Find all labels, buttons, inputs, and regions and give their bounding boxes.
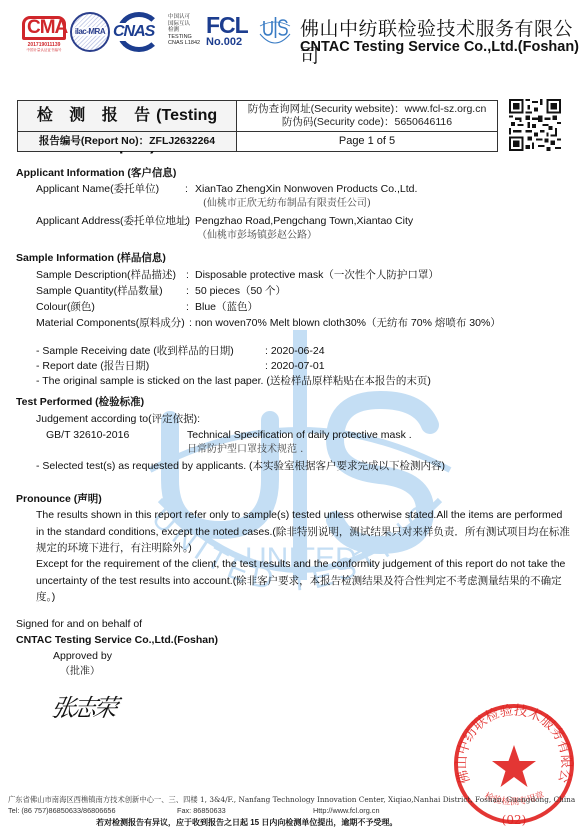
report-date-value: : 2020-07-01 xyxy=(265,359,325,373)
footer-website[interactable]: Http://www.fcl.org.cn xyxy=(313,806,380,815)
sample-row: Material Components(原料成分):non woven70% M… xyxy=(36,316,501,332)
sample-row-label: Colour(颜色) xyxy=(36,300,186,314)
accr-line: TESTING xyxy=(168,34,200,41)
signing-company: CNTAC Testing Service Co.,Ltd.(Foshan) xyxy=(16,633,218,647)
cnas-label: CNAS xyxy=(113,23,154,41)
cma-mark: CMA xyxy=(22,16,66,40)
sample-row-label: Material Components(原料成分) xyxy=(36,316,189,330)
applicant-name-value: XianTao ZhengXin Nonwoven Products Co.,L… xyxy=(195,182,417,196)
footer-notice: 若对检测报告有异议，应于收到报告之日起 15 日内向检测单位提出，逾期不予受理。 xyxy=(96,817,397,828)
pronounce-heading: Pronounce (声明) xyxy=(16,491,102,506)
accr-line: 检测 xyxy=(168,27,200,34)
standard-name-cn: 日常防护型口罩技术规范 . xyxy=(187,443,303,457)
sample-row-value: non woven70% Melt blown cloth30%（无纺布 70%… xyxy=(195,317,501,329)
security-info: 防伪查询网址(Security website)：www.fcl-sz.org.… xyxy=(237,101,497,132)
pronounce-paragraph-1: The results shown in this report refer o… xyxy=(36,507,570,557)
applicant-address-value-cn: （仙桃市彭场镇彭赵公路） xyxy=(197,229,317,243)
cnas-logo: CNAS xyxy=(113,12,165,52)
accreditation-text: 中国认可 国际互认 检测 TESTING CNAS L1842 xyxy=(168,14,200,47)
fcl-mark: FCL xyxy=(206,14,248,36)
ilac-mra-logo: ilac-MRA xyxy=(70,12,110,52)
approved-by-label: Approved by xyxy=(53,649,112,663)
sample-row-value: Blue（蓝色） xyxy=(195,301,258,313)
signature: 张志荣 xyxy=(49,688,118,723)
applicant-heading: Applicant Information (客户信息) xyxy=(16,165,176,180)
pronounce-paragraph-2: Except for the requirement of the client… xyxy=(36,556,570,606)
colon: : xyxy=(185,214,188,228)
colon: : xyxy=(185,182,188,196)
applicant-name-value-cn: (仙桃市正欣无纺布制品有限责任公司) xyxy=(203,197,371,211)
footer-tel: Tel: (86 757)86850633/86806656 xyxy=(8,806,116,815)
standard-name: Technical Specification of daily protect… xyxy=(187,428,412,442)
report-header-box: 检 测 报 告(Testing Report) 防伪查询网址(Security … xyxy=(17,100,498,152)
test-heading: Test Performed (检验标准) xyxy=(16,394,144,409)
sample-row-value: Disposable protective mask（一次性个人防护口罩） xyxy=(195,269,439,281)
footer-address: 广东省佛山市南海区西樵镇南方技术创新中心一、三、四楼 1, 3&4/F., Na… xyxy=(8,795,575,805)
applicant-address-value: Pengzhao Road,Pengchang Town,Xiantao Cit… xyxy=(195,214,413,228)
official-seal: 佛山中纺联检验技术服务有限公司 检验检测专用章 (02) xyxy=(450,700,578,828)
fcl-logo: FCL No.002 xyxy=(206,14,248,48)
report-title-cn: 检 测 报 告 xyxy=(37,107,156,124)
accr-line: 中国认可 xyxy=(168,14,200,21)
standard-code: GB/T 32610-2016 xyxy=(46,428,129,442)
security-code: 防伪码(Security code)：5650646116 xyxy=(237,116,497,129)
sample-row: Sample Quantity(样品数量):50 pieces（50 个） xyxy=(36,284,501,300)
report-number: 报告编号(Report No)：ZFLJ2632264 xyxy=(18,132,237,151)
cma-sub: 中国计量认证证书编号 xyxy=(22,48,66,53)
sample-row-label: Sample Quantity(样品数量) xyxy=(36,284,186,298)
report-title: 检 测 报 告(Testing Report) xyxy=(18,101,237,132)
svg-text:(02): (02) xyxy=(502,813,527,827)
cma-logo: CMA 201719011139 中国计量认证证书编号 xyxy=(22,16,66,53)
report-date-label: - Report date (报告日期) xyxy=(36,359,149,373)
fcl-number: No.002 xyxy=(206,36,248,48)
applicant-address-label: Applicant Address(委托单位地址) xyxy=(36,214,190,228)
qr-code-icon[interactable] xyxy=(509,99,561,151)
judgement-label: Judgement according to(评定依据): xyxy=(36,412,200,426)
receiving-date-label: - Sample Receiving date (收到样品的日期) xyxy=(36,344,234,358)
sample-row-label: Sample Description(样品描述) xyxy=(36,268,186,282)
company-name-en: CNTAC Testing Service Co.,Ltd.(Foshan) xyxy=(300,39,579,55)
footer-fax: Fax: 86850633 xyxy=(177,806,226,815)
original-sample-note: - The original sample is sticked on the … xyxy=(36,374,431,388)
applicant-name-label: Applicant Name(委托单位) xyxy=(36,182,159,196)
uts-logo-icon xyxy=(258,14,292,48)
security-website[interactable]: 防伪查询网址(Security website)：www.fcl-sz.org.… xyxy=(237,103,497,116)
sample-heading: Sample Information (样品信息) xyxy=(16,250,166,265)
receiving-date-value: : 2020-06-24 xyxy=(265,344,325,358)
approved-by-cn: （批准） xyxy=(60,665,100,679)
page-indicator: Page 1 of 5 xyxy=(237,132,497,151)
ilac-label: ilac-MRA xyxy=(72,27,108,36)
sample-row-value: 50 pieces（50 个） xyxy=(195,285,286,297)
selected-tests-note: - Selected test(s) as requested by appli… xyxy=(36,459,445,473)
sample-row: Colour(颜色):Blue（蓝色） xyxy=(36,300,501,316)
sample-row: Sample Description(样品描述):Disposable prot… xyxy=(36,268,501,284)
accr-line: CNAS L1842 xyxy=(168,40,200,47)
signed-for-label: Signed for and on behalf of xyxy=(16,617,142,631)
sample-info-list: Sample Description(样品描述):Disposable prot… xyxy=(36,268,501,332)
